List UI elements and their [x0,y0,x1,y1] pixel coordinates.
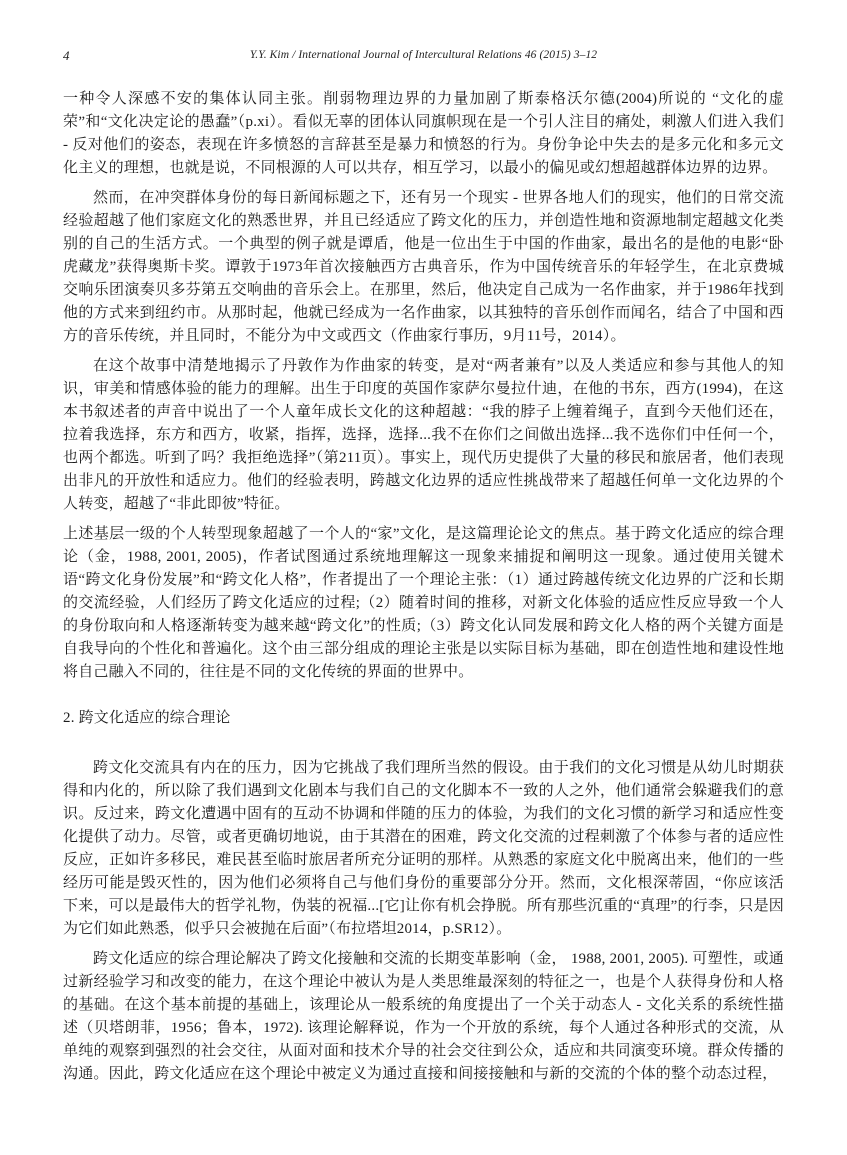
article-body: 一种令人深感不安的集体认同主张。削弱物理边界的力量加剧了斯泰格沃尔德(2004)… [63,88,784,1086]
paragraph-tan-dun-example: 然而，在冲突群体身份的每日新闻标题之下，还有另一个现实 - 世界各地人们的现实，… [63,187,784,348]
journal-page: 4 Y.Y. Kim / International Journal of In… [0,0,847,1155]
section-heading-2: 2. 跨文化适应的综合理论 [63,706,784,727]
paragraph-rushdie-quote: 在这个故事中清楚地揭示了丹敦作为作曲家的转变，是对“两者兼有”以及人类适应和参与… [63,355,784,516]
paragraph-plasticity-systems: 跨文化适应的综合理论解决了跨文化接触和交流的长期变革影响（金， 1988, 20… [63,948,784,1086]
running-header: Y.Y. Kim / International Journal of Inte… [63,49,784,61]
paragraph-crosscultural-stress: 跨文化交流具有内在的压力，因为它挑战了我们理所当然的假设。由于我们的文化习惯是从… [63,757,784,941]
paragraph-theory-claims: 上述基层一级的个人转型现象超越了一个人的“家”文化，是这篇理论论文的焦点。基于跨… [63,523,784,684]
page-header: 4 Y.Y. Kim / International Journal of In… [63,48,784,64]
paragraph-collective-identity: 一种令人深感不安的集体认同主张。削弱物理边界的力量加剧了斯泰格沃尔德(2004)… [63,88,784,180]
